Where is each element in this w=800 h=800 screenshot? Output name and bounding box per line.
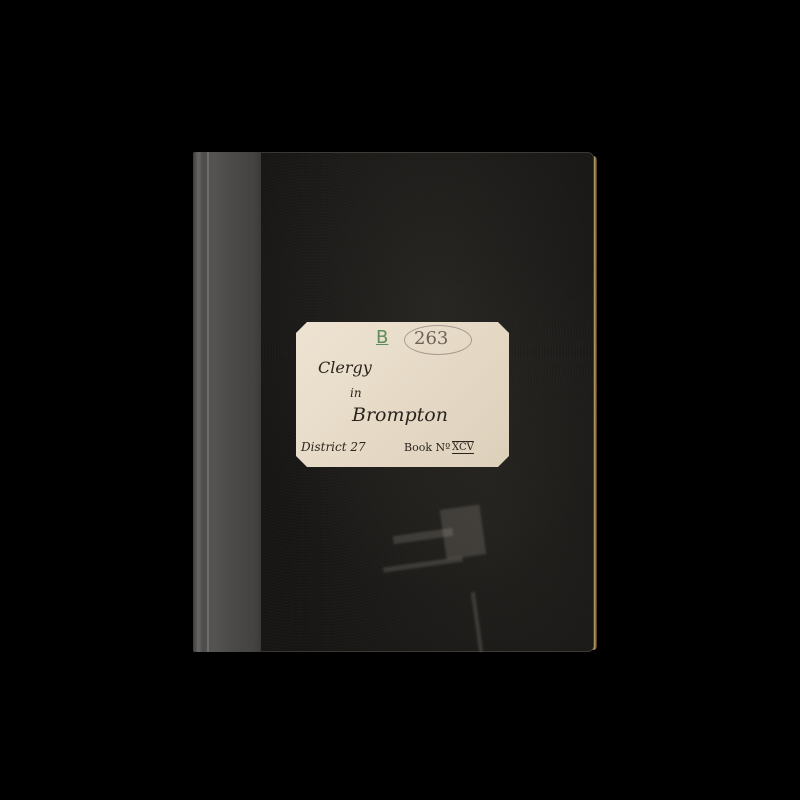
district-number: District 27	[301, 440, 366, 454]
cover-scuff	[471, 592, 483, 652]
catalog-number: 263	[414, 328, 448, 349]
cover-scuff	[383, 556, 463, 572]
notebook: B 263 Clergy in Brompton District 27 Boo…	[193, 152, 598, 653]
book-number: XCV	[452, 442, 474, 454]
label-title-line2: in	[350, 386, 362, 400]
cover-label: B 263 Clergy in Brompton District 27 Boo…	[296, 322, 509, 467]
label-title-line1: Clergy	[318, 358, 372, 377]
spine-highlight	[207, 152, 209, 652]
book-label: Book Nº	[404, 441, 450, 454]
notebook-spine	[193, 152, 261, 652]
label-title-line3: Brompton	[352, 404, 448, 426]
catalog-prefix: B	[376, 327, 388, 348]
